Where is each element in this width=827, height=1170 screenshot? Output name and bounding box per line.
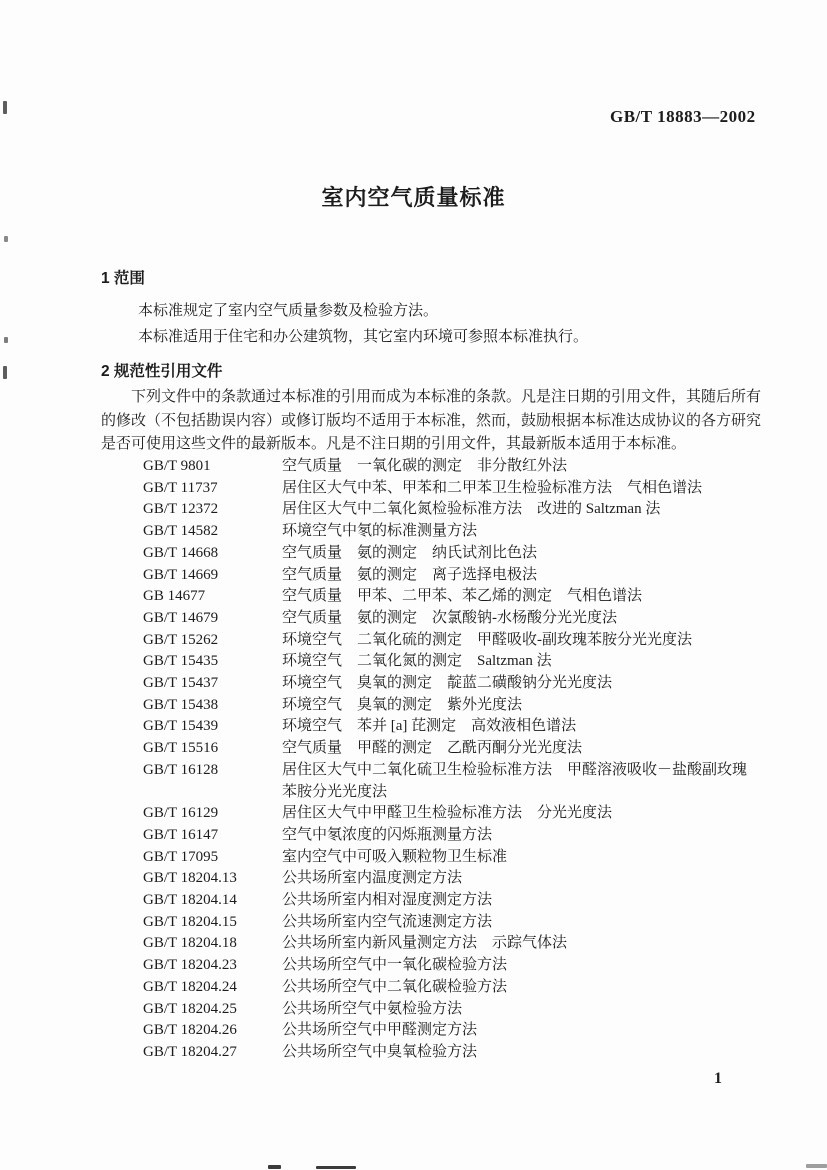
scan-artifact [3, 366, 7, 379]
reference-title: 空气质量 氨的测定 纳氏试剂比色法 [282, 543, 782, 565]
document-title: 室内空气质量标准 [0, 181, 827, 212]
document-page: GB/T 18883—2002 室内空气质量标准 1 范围 本标准规定了室内空气… [0, 0, 827, 1170]
reference-code: GB 14677 [143, 586, 282, 608]
reference-title: 公共场所室内新风量测定方法 示踪气体法 [282, 933, 782, 955]
scan-artifact [268, 1165, 281, 1169]
reference-item: GB/T 18204.26 公共场所空气中甲醛测定方法 [143, 1020, 783, 1042]
standard-number-header: GB/T 18883—2002 [610, 107, 756, 127]
reference-item: GB/T 9801 空气质量 一氧化碳的测定 非分散红外法 [143, 456, 783, 478]
reference-title: 环境空气 臭氧的测定 靛蓝二磺酸钠分光光度法 [282, 673, 782, 695]
reference-title: 公共场所空气中甲醛测定方法 [282, 1020, 782, 1042]
reference-code: GB/T 14679 [143, 608, 282, 630]
reference-title: 环境空气 苯并 [a] 芘测定 高效液相色谱法 [282, 716, 782, 738]
reference-item: GB/T 12372 居住区大气中二氧化氮检验标准方法 改进的 Saltzman… [143, 499, 783, 521]
reference-item: GB 14677 空气质量 甲苯、二甲苯、苯乙烯的测定 气相色谱法 [143, 586, 783, 608]
reference-code: GB/T 18204.23 [143, 955, 282, 977]
reference-item: GB/T 15439 环境空气 苯并 [a] 芘测定 高效液相色谱法 [143, 716, 783, 738]
reference-code: GB/T 15516 [143, 738, 282, 760]
reference-code: GB/T 17095 [143, 847, 282, 869]
reference-code: GB/T 15439 [143, 716, 282, 738]
scan-artifact [4, 236, 8, 242]
reference-standards-list: GB/T 9801 空气质量 一氧化碳的测定 非分散红外法 GB/T 11737… [143, 456, 783, 1064]
reference-code: GB/T 15438 [143, 695, 282, 717]
section-1-scope-heading: 1 范围 [101, 266, 145, 288]
reference-item: GB/T 15262 环境空气 二氧化硫的测定 甲醛吸收-副玫瑰苯胺分光光度法 [143, 630, 783, 652]
reference-title: 公共场所空气中氨检验方法 [282, 999, 782, 1021]
reference-code: GB/T 14669 [143, 565, 282, 587]
scope-paragraph-2: 本标准适用于住宅和办公建筑物，其它室内环境可参照本标准执行。 [138, 325, 588, 346]
reference-code: GB/T 15262 [143, 630, 282, 652]
reference-title: 公共场所空气中二氧化碳检验方法 [282, 977, 782, 999]
reference-code: GB/T 14668 [143, 543, 282, 565]
reference-title: 居住区大气中苯、甲苯和二甲苯卫生检验标准方法 气相色谱法 [282, 478, 782, 500]
reference-code: GB/T 18204.25 [143, 999, 282, 1021]
reference-code: GB/T 15435 [143, 651, 282, 673]
reference-item: GB/T 14669 空气质量 氨的测定 离子选择电极法 [143, 565, 783, 587]
scan-artifact [3, 101, 7, 114]
reference-title: 空气质量 甲苯、二甲苯、苯乙烯的测定 气相色谱法 [282, 586, 782, 608]
reference-code: GB/T 16129 [143, 803, 282, 825]
scope-paragraph-1: 本标准规定了室内空气质量参数及检验方法。 [138, 299, 438, 320]
reference-title: 居住区大气中甲醛卫生检验标准方法 分光光度法 [282, 803, 782, 825]
reference-title: 居住区大气中二氧化氮检验标准方法 改进的 Saltzman 法 [282, 499, 782, 521]
reference-item: GB/T 14582 环境空气中氡的标准测量方法 [143, 521, 783, 543]
reference-title: 公共场所室内空气流速测定方法 [282, 912, 782, 934]
reference-item: GB/T 11737 居住区大气中苯、甲苯和二甲苯卫生检验标准方法 气相色谱法 [143, 478, 783, 500]
reference-code: GB/T 18204.18 [143, 933, 282, 955]
reference-code: GB/T 18204.15 [143, 912, 282, 934]
reference-item: GB/T 18204.24 公共场所空气中二氧化碳检验方法 [143, 977, 783, 999]
reference-title: 空气质量 氨的测定 次氯酸钠-水杨酸分光光度法 [282, 608, 782, 630]
reference-item: GB/T 18204.23 公共场所空气中一氧化碳检验方法 [143, 955, 783, 977]
reference-item: GB/T 18204.25 公共场所空气中氨检验方法 [143, 999, 783, 1021]
reference-code: GB/T 9801 [143, 456, 282, 478]
page-number: 1 [714, 1070, 722, 1088]
reference-item: GB/T 16129 居住区大气中甲醛卫生检验标准方法 分光光度法 [143, 803, 783, 825]
reference-item: GB/T 18204.13 公共场所室内温度测定方法 [143, 868, 783, 890]
reference-title: 环境空气 臭氧的测定 紫外光度法 [282, 695, 782, 717]
section-2-normative-references-heading: 2 规范性引用文件 [101, 359, 222, 381]
reference-title: 空气质量 甲醛的测定 乙酰丙酮分光光度法 [282, 738, 782, 760]
reference-title: 公共场所空气中一氧化碳检验方法 [282, 955, 782, 977]
reference-code: GB/T 18204.14 [143, 890, 282, 912]
scan-artifact [4, 337, 8, 343]
reference-item: GB/T 15437 环境空气 臭氧的测定 靛蓝二磺酸钠分光光度法 [143, 673, 783, 695]
reference-code: GB/T 16128 [143, 760, 282, 803]
reference-title: 室内空气中可吸入颗粒物卫生标准 [282, 847, 782, 869]
reference-item: GB/T 15516 空气质量 甲醛的测定 乙酰丙酮分光光度法 [143, 738, 783, 760]
reference-item: GB/T 18204.15 公共场所室内空气流速测定方法 [143, 912, 783, 934]
reference-code: GB/T 18204.13 [143, 868, 282, 890]
reference-item: GB/T 15438 环境空气 臭氧的测定 紫外光度法 [143, 695, 783, 717]
reference-title: 居住区大气中二氧化硫卫生检验标准方法 甲醛溶液吸收－盐酸副玫瑰 苯胺分光光度法 [282, 760, 782, 803]
reference-item: GB/T 17095 室内空气中可吸入颗粒物卫生标准 [143, 847, 783, 869]
normative-references-intro: 下列文件中的条款通过本标准的引用而成为本标准的条款。凡是注日期的引用文件，其随后… [101, 386, 761, 457]
scan-artifact [806, 1164, 827, 1168]
scan-artifact [316, 1166, 356, 1169]
reference-code: GB/T 14582 [143, 521, 282, 543]
reference-title: 环境空气 二氧化氮的测定 Saltzman 法 [282, 651, 782, 673]
reference-item: GB/T 18204.18 公共场所室内新风量测定方法 示踪气体法 [143, 933, 783, 955]
reference-code: GB/T 11737 [143, 478, 282, 500]
reference-item: GB/T 16128 居住区大气中二氧化硫卫生检验标准方法 甲醛溶液吸收－盐酸副… [143, 760, 783, 803]
reference-item: GB/T 18204.14 公共场所室内相对湿度测定方法 [143, 890, 783, 912]
reference-code: GB/T 18204.24 [143, 977, 282, 999]
reference-item: GB/T 15435 环境空气 二氧化氮的测定 Saltzman 法 [143, 651, 783, 673]
reference-code: GB/T 16147 [143, 825, 282, 847]
reference-title: 空气质量 氨的测定 离子选择电极法 [282, 565, 782, 587]
reference-item: GB/T 18204.27 公共场所空气中臭氧检验方法 [143, 1042, 783, 1064]
reference-title: 环境空气中氡的标准测量方法 [282, 521, 782, 543]
reference-code: GB/T 18204.26 [143, 1020, 282, 1042]
reference-item: GB/T 14679 空气质量 氨的测定 次氯酸钠-水杨酸分光光度法 [143, 608, 783, 630]
reference-code: GB/T 18204.27 [143, 1042, 282, 1064]
reference-title: 空气中氡浓度的闪烁瓶测量方法 [282, 825, 782, 847]
reference-title: 公共场所空气中臭氧检验方法 [282, 1042, 782, 1064]
reference-code: GB/T 15437 [143, 673, 282, 695]
reference-title: 公共场所室内温度测定方法 [282, 868, 782, 890]
reference-title: 公共场所室内相对湿度测定方法 [282, 890, 782, 912]
reference-title: 环境空气 二氧化硫的测定 甲醛吸收-副玫瑰苯胺分光光度法 [282, 630, 782, 652]
reference-code: GB/T 12372 [143, 499, 282, 521]
reference-title: 空气质量 一氧化碳的测定 非分散红外法 [282, 456, 782, 478]
reference-item: GB/T 14668 空气质量 氨的测定 纳氏试剂比色法 [143, 543, 783, 565]
reference-item: GB/T 16147 空气中氡浓度的闪烁瓶测量方法 [143, 825, 783, 847]
